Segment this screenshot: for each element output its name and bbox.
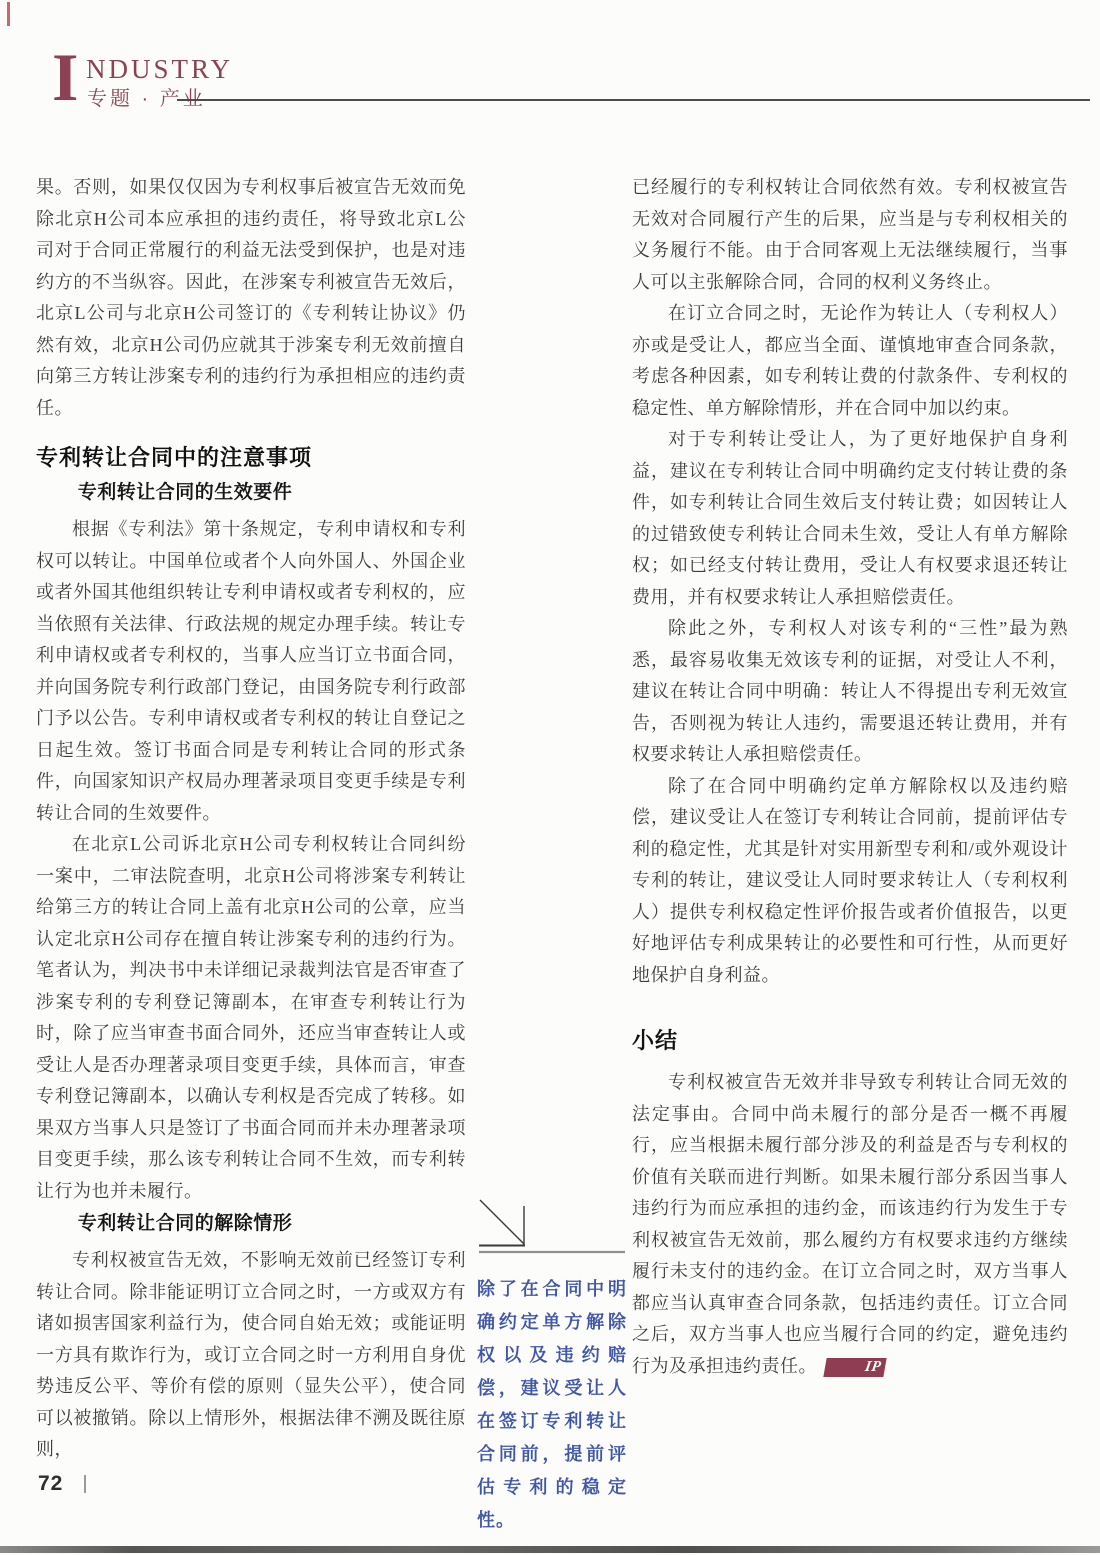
left-column: 果。否则，如果仅仅因为专利权事后被宣告无效而免除北京H公司本应承担的违约责任，将… bbox=[36, 172, 466, 1466]
header-rule bbox=[177, 99, 1090, 101]
paragraph: 在北京L公司诉北京H公司专利权转让合同纠纷一案中，二审法院查明，北京H公司将涉案… bbox=[36, 829, 466, 1207]
paragraph-continuation: 已经履行的专利权转让合同依然有效。专利权被宣告无效对合同履行产生的后果，应当是与… bbox=[632, 172, 1068, 298]
article-end-ip-logo: IP bbox=[823, 1358, 886, 1377]
section-heading-notes: 专利转让合同中的注意事项 bbox=[36, 444, 466, 472]
page-footer: 72 bbox=[38, 1472, 86, 1496]
paragraph: 除此之外，专利权人对该专利的“三性”最为熟悉，最容易收集无效该专利的证据，对受让… bbox=[632, 613, 1068, 771]
section-heading-summary: 小结 bbox=[632, 1027, 1068, 1055]
paragraph: 在订立合同之时，无论作为转让人（专利权人）亦或是受让人，都应当全面、谨慎地审查合… bbox=[632, 298, 1068, 424]
footer-divider bbox=[84, 1475, 86, 1493]
brand-word: NDUSTRY bbox=[86, 54, 233, 85]
pull-quote-text: 除了在合同中明确约定单方解除权以及违约赔偿，建议受让人在签订专利转让合同前，提前… bbox=[477, 1273, 627, 1537]
brand-subtitle: 专题 · 产业 bbox=[87, 82, 206, 111]
paragraph: 对于专利转让受让人，为了更好地保护自身利益，建议在专利转让合同中明确约定支付转让… bbox=[632, 424, 1068, 613]
page-number: 72 bbox=[38, 1472, 63, 1495]
sub-heading-rescission-situations: 专利转让合同的解除情形 bbox=[36, 1211, 466, 1237]
final-paragraph-text: 专利权被宣告无效并非导致专利转让合同无效的法定事由。合同中尚未履行的部分是否一概… bbox=[632, 1072, 1068, 1376]
paragraph: 专利权被宣告无效，不影响无效前已经签订专利转让合同。除非能证明订立合同之时，一方… bbox=[36, 1245, 466, 1466]
brand-initial-letter: I bbox=[52, 48, 78, 106]
paragraph-continuation: 果。否则，如果仅仅因为专利权事后被宣告无效而免除北京H公司本应承担的违约责任，将… bbox=[36, 172, 466, 424]
magazine-page: I NDUSTRY 专题 · 产业 果。否则，如果仅仅因为专利权事后被宣告无效而… bbox=[0, 0, 1100, 1555]
corner-arrow-icon bbox=[477, 1197, 627, 1257]
paragraph: 除了在合同中明确约定单方解除权以及违约赔偿，建议受让人在签订专利转让合同前，提前… bbox=[632, 771, 1068, 992]
sub-heading-validity-requirements: 专利转让合同的生效要件 bbox=[36, 480, 466, 506]
scan-red-mark bbox=[7, 2, 10, 26]
scan-edge-strip bbox=[0, 1546, 1100, 1553]
paragraph: 根据《专利法》第十条规定，专利申请权和专利权可以转让。中国单位或者个人向外国人、… bbox=[36, 514, 466, 829]
right-column: 已经履行的专利权转让合同依然有效。专利权被宣告无效对合同履行产生的后果，应当是与… bbox=[632, 172, 1068, 1382]
pull-quote-block: 除了在合同中明确约定单方解除权以及违约赔偿，建议受让人在签订专利转让合同前，提前… bbox=[477, 1197, 627, 1537]
paragraph-final: 专利权被宣告无效并非导致专利转让合同无效的法定事由。合同中尚未履行的部分是否一概… bbox=[632, 1067, 1068, 1382]
